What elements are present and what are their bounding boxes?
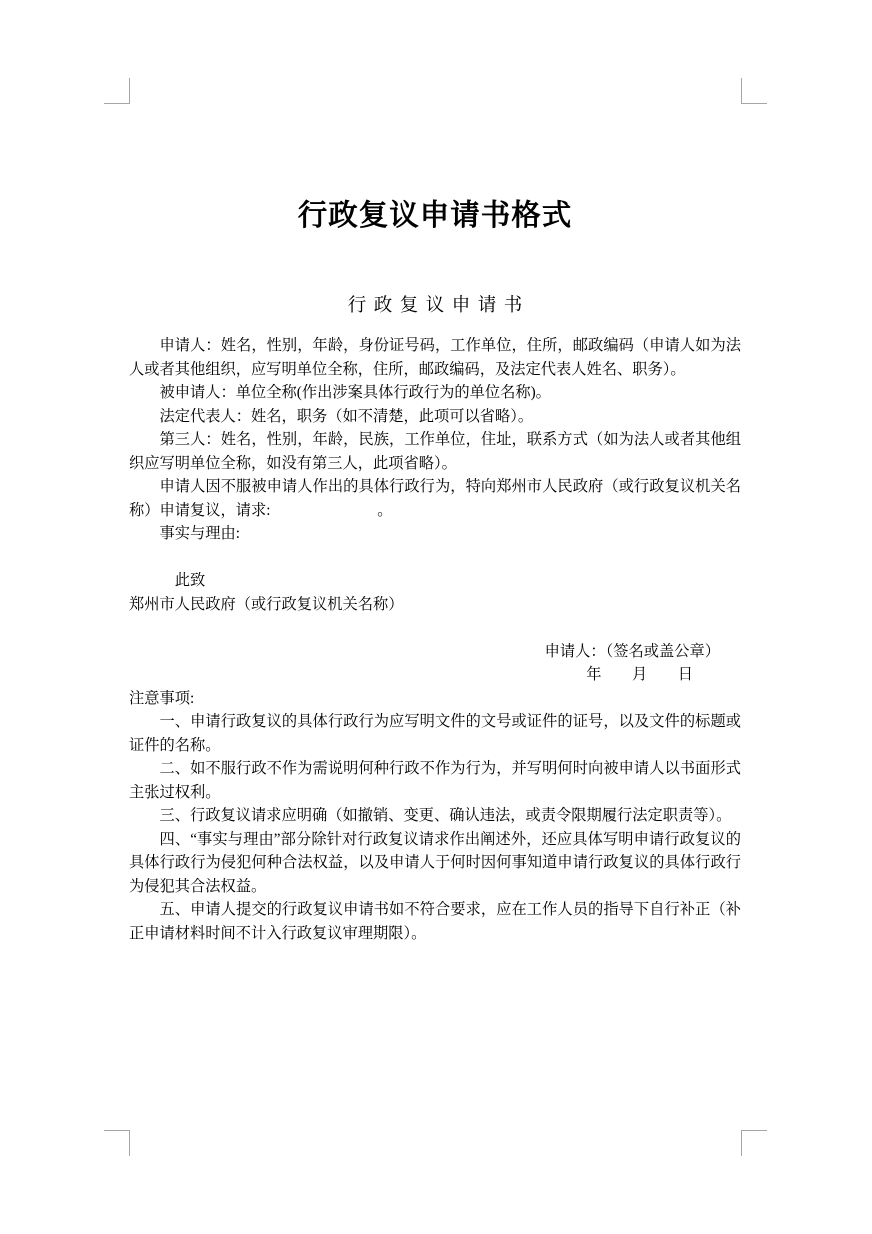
notes-heading: 注意事项:: [129, 687, 741, 711]
paragraph-applicant: 申请人：姓名，性别，年龄，身份证号码，工作单位，住所，邮政编码（申请人如为法人或…: [129, 334, 741, 381]
closing-salutation: 此致: [129, 569, 741, 593]
paragraph-third-party: 第三人：姓名，性别，年龄，民族，工作单位，住址，联系方式（如为法人或者其他组织应…: [129, 428, 741, 475]
note-item-2: 二、如不服行政不作为需说明何种行政不作为行为，并写明何时向被申请人以书面形式主张…: [129, 757, 741, 804]
paragraph-legal-representative: 法定代表人：姓名，职务（如不清楚，此项可以省略）。: [129, 405, 741, 429]
signature-line: 申请人：（签名或盖公章）: [129, 640, 741, 664]
note-item-1: 一、申请行政复议的具体行政行为应写明文件的文号或证件的证号，以及文件的标题或证件…: [129, 710, 741, 757]
paragraph-facts-reasons: 事实与理由:: [129, 522, 741, 546]
note-item-5: 五、申请人提交的行政复议申请书如不符合要求，应在工作人员的指导下自行补正（补正申…: [129, 898, 741, 945]
paragraph-request: 申请人因不服被申请人作出的具体行政行为，特向郑州市人民政府（或行政复议机关名称）…: [129, 475, 741, 522]
crop-mark-top-right-icon: [741, 78, 767, 104]
document-subtitle: 行政复议申请书: [129, 294, 741, 318]
document-page: 行政复议申请书格式 行政复议申请书 申请人：姓名，性别，年龄，身份证号码，工作单…: [0, 0, 872, 1234]
blank-line: [129, 616, 741, 640]
document-body: 申请人：姓名，性别，年龄，身份证号码，工作单位，住所，邮政编码（申请人如为法人或…: [129, 334, 741, 945]
note-item-3: 三、行政复议请求应明确（如撤销、变更、确认违法，或责令限期履行法定职责等）。: [129, 804, 741, 828]
signature-date-line: 年 月 日: [129, 663, 741, 687]
document-title: 行政复议申请书格式: [129, 198, 741, 234]
text-column: 行政复议申请书格式 行政复议申请书 申请人：姓名，性别，年龄，身份证号码，工作单…: [129, 0, 741, 945]
note-item-4: 四、“事实与理由”部分除针对行政复议请求作出阐述外，还应具体写明申请行政复议的具…: [129, 828, 741, 899]
crop-mark-bottom-left-icon: [104, 1130, 130, 1156]
paragraph-respondent: 被申请人：单位全称(作出涉案具体行政行为的单位名称)。: [129, 381, 741, 405]
blank-line: [129, 546, 741, 570]
crop-mark-top-left-icon: [104, 78, 130, 104]
crop-mark-bottom-right-icon: [741, 1130, 767, 1156]
closing-recipient: 郑州市人民政府（或行政复议机关名称）: [129, 593, 741, 617]
